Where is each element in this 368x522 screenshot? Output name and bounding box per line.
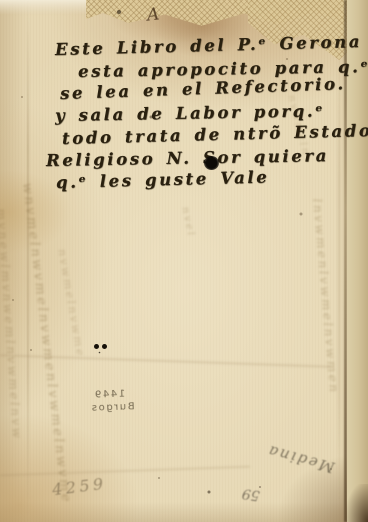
mirrored-pencil-note: 1449 Burgos bbox=[90, 387, 135, 415]
manuscript-page: wnvmelnwvmelnvwmenlvwmelnwvme mvnewlmvnw… bbox=[0, 0, 368, 522]
manuscript-line: y sala de Labor porq.ᵉ bbox=[55, 101, 325, 125]
top-letter-mark: A bbox=[146, 4, 160, 25]
manuscript-line: Este Libro del P.ᵉ Gerona bbox=[55, 32, 363, 59]
vertical-crease-right bbox=[338, 40, 340, 500]
manuscript-line: Religioso N. Sor quiera bbox=[46, 146, 329, 170]
mirrored-word: Burgos bbox=[90, 400, 135, 415]
inverted-name-annotation: Medina bbox=[265, 441, 337, 476]
manuscript-line: todo trata de ntrõ Estado bbox=[62, 121, 368, 148]
torn-edge-highlight bbox=[0, 0, 96, 15]
page-outer-edge-strip bbox=[347, 0, 368, 522]
bleedthrough-script: nvel bbox=[179, 206, 196, 239]
ink-blot bbox=[204, 156, 219, 170]
manuscript-line: q.ᵉ les guste Vale bbox=[56, 167, 270, 192]
bleedthrough-script: mvnewlmvnwemlnvwmelnvw bbox=[0, 208, 24, 441]
foxing-specks bbox=[0, 0, 2, 2]
mirrored-number: 1449 bbox=[90, 388, 126, 402]
horizontal-crease-low bbox=[0, 466, 250, 477]
bleedthrough-script: nvwmelnvwme bbox=[55, 248, 87, 359]
ink-dots bbox=[94, 344, 99, 349]
inverted-number-annotation: 59 bbox=[241, 485, 261, 503]
bottom-right-corner-stain bbox=[346, 484, 368, 522]
